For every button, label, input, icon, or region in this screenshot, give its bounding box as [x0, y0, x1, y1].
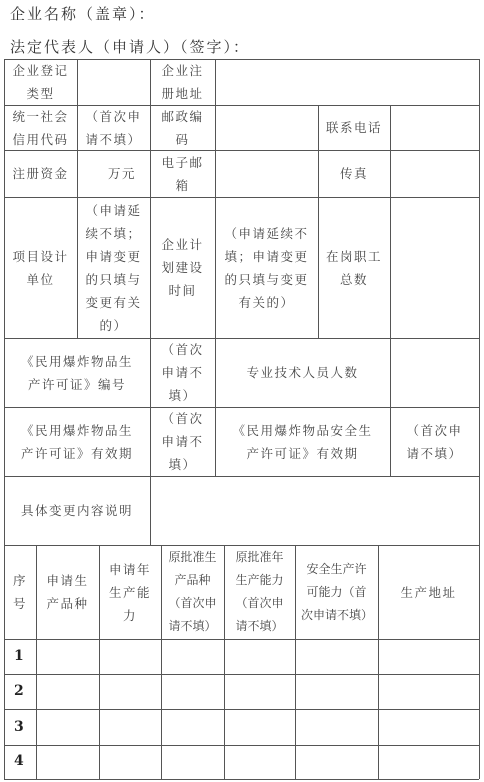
postal-code-field[interactable]	[215, 105, 318, 150]
row-seq: 2	[4, 674, 36, 709]
cell-address[interactable]	[378, 709, 479, 745]
reg-address-field[interactable]	[215, 59, 479, 105]
license-no-field[interactable]: （首次申请不填）	[150, 338, 215, 407]
cell-product[interactable]	[36, 674, 99, 709]
credit-code-label: 统一社会信用代码	[4, 105, 77, 150]
table-border	[479, 59, 480, 779]
cell-capacity[interactable]	[99, 639, 161, 674]
cell-address[interactable]	[378, 639, 479, 674]
row-seq: 1	[4, 639, 36, 674]
company-name-label: 企业名称（盖章）：	[10, 3, 156, 24]
cell-orig-product[interactable]	[161, 639, 224, 674]
reg-type-field[interactable]	[77, 59, 150, 105]
change-desc-label: 具体变更内容说明	[4, 476, 150, 545]
fax-field[interactable]	[390, 150, 479, 197]
design-unit-field[interactable]: （申请延续不填；申请变更的只填与变更有关的）	[77, 197, 150, 338]
phone-field[interactable]	[390, 105, 479, 150]
phone-label: 联系电话	[318, 105, 390, 150]
cell-orig-capacity[interactable]	[224, 709, 295, 745]
cell-address[interactable]	[378, 674, 479, 709]
postal-code-label: 邮政编码	[150, 105, 215, 150]
email-label: 电子邮箱	[150, 150, 215, 197]
design-unit-label: 项目设计单位	[4, 197, 77, 338]
license-validity-label: 《民用爆炸物品生产许可证》有效期	[4, 407, 150, 476]
col-header-seq: 序号	[4, 545, 36, 639]
cell-safety-capacity[interactable]	[295, 709, 378, 745]
row-seq: 3	[4, 709, 36, 745]
table-border	[4, 779, 479, 780]
safety-license-validity-label: 《民用爆炸物品安全生产许可证》有效期	[215, 407, 390, 476]
col-header-capacity: 申请年生产能力	[99, 545, 161, 639]
cell-product[interactable]	[36, 709, 99, 745]
license-no-label: 《民用爆炸物品生产许可证》编号	[4, 338, 150, 407]
employees-field[interactable]	[390, 197, 479, 338]
cell-product[interactable]	[36, 745, 99, 779]
legal-rep-label: 法定代表人（申请人）（签字）：	[10, 36, 250, 57]
cell-capacity[interactable]	[99, 674, 161, 709]
col-header-address: 生产地址	[378, 545, 479, 639]
capital-field[interactable]: 万元	[77, 150, 150, 197]
cell-safety-capacity[interactable]	[295, 674, 378, 709]
cell-safety-capacity[interactable]	[295, 639, 378, 674]
fax-label: 传真	[318, 150, 390, 197]
cell-address[interactable]	[378, 745, 479, 779]
license-validity-field[interactable]: （首次申请不填）	[150, 407, 215, 476]
email-field[interactable]	[215, 150, 318, 197]
cell-orig-product[interactable]	[161, 674, 224, 709]
capital-label: 注册资金	[4, 150, 77, 197]
reg-address-label: 企业注册地址	[150, 59, 215, 105]
cell-product[interactable]	[36, 639, 99, 674]
cell-orig-capacity[interactable]	[224, 674, 295, 709]
tech-staff-field[interactable]	[390, 338, 479, 407]
col-header-product: 申请生产品种	[36, 545, 99, 639]
employees-label: 在岗职工总数	[318, 197, 390, 338]
safety-license-validity-field[interactable]: （首次申请不填）	[390, 407, 479, 476]
cell-orig-product[interactable]	[161, 709, 224, 745]
change-desc-field[interactable]	[150, 476, 479, 545]
col-header-orig-product: 原批准生产品种（首次申请不填）	[161, 545, 224, 639]
plan-time-field[interactable]: （申请延续不填；申请变更的只填与变更有关的）	[215, 197, 318, 338]
cell-capacity[interactable]	[99, 745, 161, 779]
col-header-orig-capacity: 原批准年生产能力（首次申请不填）	[224, 545, 295, 639]
credit-code-field[interactable]: （首次申请不填）	[77, 105, 150, 150]
plan-time-label: 企业计划建设时间	[150, 197, 215, 338]
reg-type-label: 企业登记类型	[4, 59, 77, 105]
cell-safety-capacity[interactable]	[295, 745, 378, 779]
cell-orig-capacity[interactable]	[224, 639, 295, 674]
cell-capacity[interactable]	[99, 709, 161, 745]
cell-orig-product[interactable]	[161, 745, 224, 779]
tech-staff-label: 专业技术人员人数	[215, 338, 390, 407]
row-seq: 4	[4, 745, 36, 779]
cell-orig-capacity[interactable]	[224, 745, 295, 779]
col-header-safety-capacity: 安全生产许可能力（首次申请不填）	[295, 545, 378, 639]
